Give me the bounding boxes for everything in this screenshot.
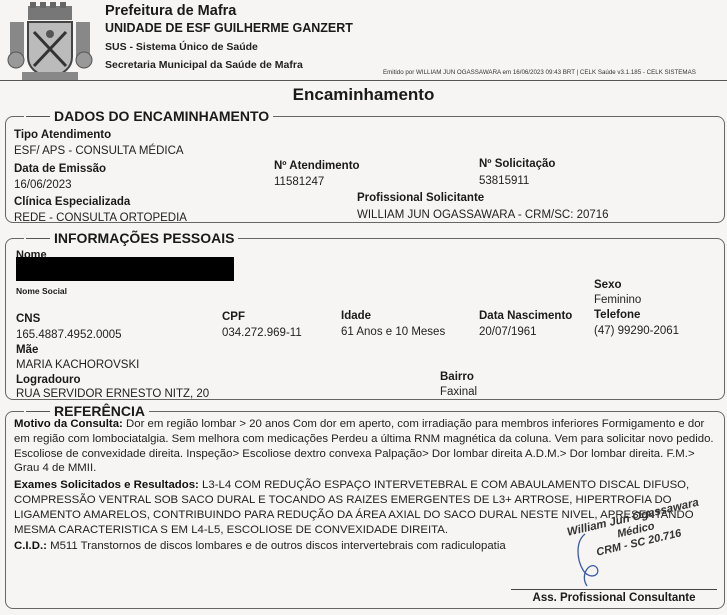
nome-social-label: Nome Social [16,284,67,298]
sexo-label: Sexo [594,278,622,292]
unit-name: UNIDADE DE ESF GUILHERME GANZERT [105,20,353,36]
header-divider [0,80,727,81]
cpf-value: 034.272.969-11 [222,326,302,340]
system-name: SUS - Sistema Único de Saúde [105,40,353,54]
data-emissao-label: Data de Emissão [14,162,106,176]
cns-value: 165.4887.4952.0005 [16,328,122,342]
section-informacoes-pessoais: INFORMAÇÕES PESSOAIS Nome Nome Social Se… [5,238,725,400]
cpf-label: CPF [222,310,245,324]
data-nascimento-label: Data Nascimento [479,309,572,323]
idade-value: 61 Anos e 10 Meses [341,325,445,339]
logradouro-value: RUA SERVIDOR ERNESTO NITZ, 20 [16,387,209,401]
coat-of-arms-icon [4,2,96,82]
data-emissao-value: 16/06/2023 [14,178,72,192]
document-header: Prefeitura de Mafra UNIDADE DE ESF GUILH… [0,0,727,82]
cns-label: CNS [16,312,40,326]
section-referencia: REFERÊNCIA Motivo da Consulta: Dor em re… [5,411,725,609]
telefone-value: (47) 99290-2061 [594,324,679,338]
logradouro-label: Logradouro [16,373,81,387]
page-title: Encaminhamento [0,85,727,105]
signature-line [511,589,717,590]
section-dados-encaminhamento: DADOS DO ENCAMINHAMENTO Tipo Atendimento… [5,116,725,223]
idade-label: Idade [341,309,371,323]
signature-label: Ass. Profissional Consultante [511,592,717,604]
mae-value: MARIA KACHOROVSKI [16,358,139,372]
n-solicitacao-label: Nº Solicitação [479,157,555,171]
bairro-value: Faxinal [440,385,477,399]
mae-label: Mãe [16,343,38,357]
section-legend: DADOS DO ENCAMINHAMENTO [24,108,273,124]
telefone-label: Telefone [594,308,640,322]
n-atendimento-label: Nº Atendimento [274,159,360,173]
profissional-label: Profissional Solicitante [357,191,484,205]
data-nascimento-value: 20/07/1961 [479,325,537,339]
nome-redacted [16,257,234,281]
profissional-value: WILLIAM JUN OGASSAWARA - CRM/SC: 20716 [357,208,609,222]
bairro-label: Bairro [440,370,474,384]
n-solicitacao-value: 53815911 [479,174,529,188]
clinica-value: REDE - CONSULTA ORTOPEDIA [14,211,187,225]
clinica-label: Clínica Especializada [14,195,130,209]
tipo-atendimento-value: ESF/ APS - CONSULTA MÉDICA [14,144,184,158]
org-name: Prefeitura de Mafra [105,3,353,20]
emitted-by-line: Emitido por WILLIAM JUN OGASSAWARA em 16… [383,69,696,76]
exames-label: Exames Solicitados e Resultados: [14,479,199,491]
motivo-label: Motivo da Consulta: [14,418,123,430]
cid-value: M511 Transtornos de discos lombares e de… [50,540,506,552]
organization-block: Prefeitura de Mafra UNIDADE DE ESF GUILH… [105,3,353,72]
nome-label: Nome [16,250,47,257]
cid-label: C.I.D.: [14,540,47,552]
n-atendimento-value: 11581247 [274,175,324,189]
sexo-value: Feminino [594,293,641,307]
section-legend: INFORMAÇÕES PESSOAIS [24,230,238,246]
motivo-paragraph: Motivo da Consulta: Dor em região lombar… [14,417,718,476]
tipo-atendimento-label: Tipo Atendimento [14,128,111,142]
department-name: Secretaria Municipal da Saúde de Mafra [105,58,353,72]
